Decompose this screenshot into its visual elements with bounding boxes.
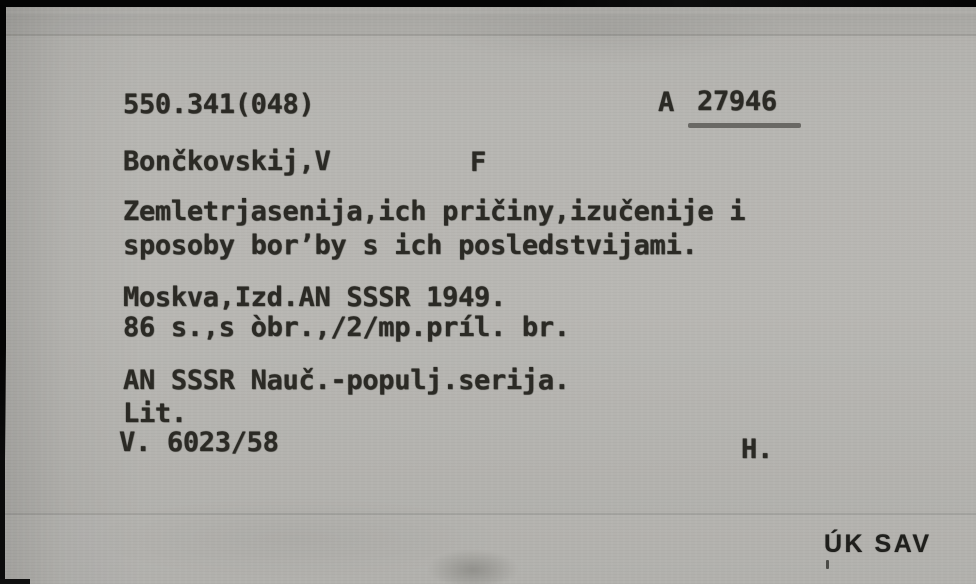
scan-edge-left: [0, 5, 6, 460]
format-letter: F: [470, 149, 486, 176]
title-line-1: Zemletrjasenija,ich pričiny,izučenije i: [123, 198, 745, 225]
classification-number: 550.341(048): [123, 91, 314, 118]
collation-line: 86 s.,s òbr.,/2/mp.príl. br.: [123, 314, 570, 341]
author-heading: Bončkovskij,V: [123, 148, 330, 175]
shelf-mark-prefix: A: [658, 89, 674, 116]
scan-edge-top: [0, 0, 976, 7]
accession-number: V. 6023/58: [119, 429, 279, 456]
scanned-catalog-card-page: 550.341(048) A 27946 Bončkovskij,V F Zem…: [0, 0, 976, 584]
smudge-mark: [423, 547, 523, 584]
card-top-edge-band: [5, 14, 976, 34]
library-stamp: ÚK SAV: [824, 531, 932, 558]
stamp-ink-speck: [826, 560, 829, 569]
series-line: AN SSSR Nauč.-populj.serija.: [123, 367, 570, 394]
imprint-line: Moskva,Izd.AN SSSR 1949.: [123, 284, 506, 311]
shelf-mark-number: 27946: [697, 88, 777, 115]
note-line: Lit.: [123, 400, 187, 427]
scan-edge-bottom-left: [0, 579, 30, 584]
cataloguer-initials: H.: [741, 436, 773, 463]
shelf-mark-underline: [688, 123, 801, 128]
card-top-edge-line: [5, 34, 976, 36]
title-line-2: sposoby bor’by s ich posledstvijami.: [123, 232, 697, 259]
